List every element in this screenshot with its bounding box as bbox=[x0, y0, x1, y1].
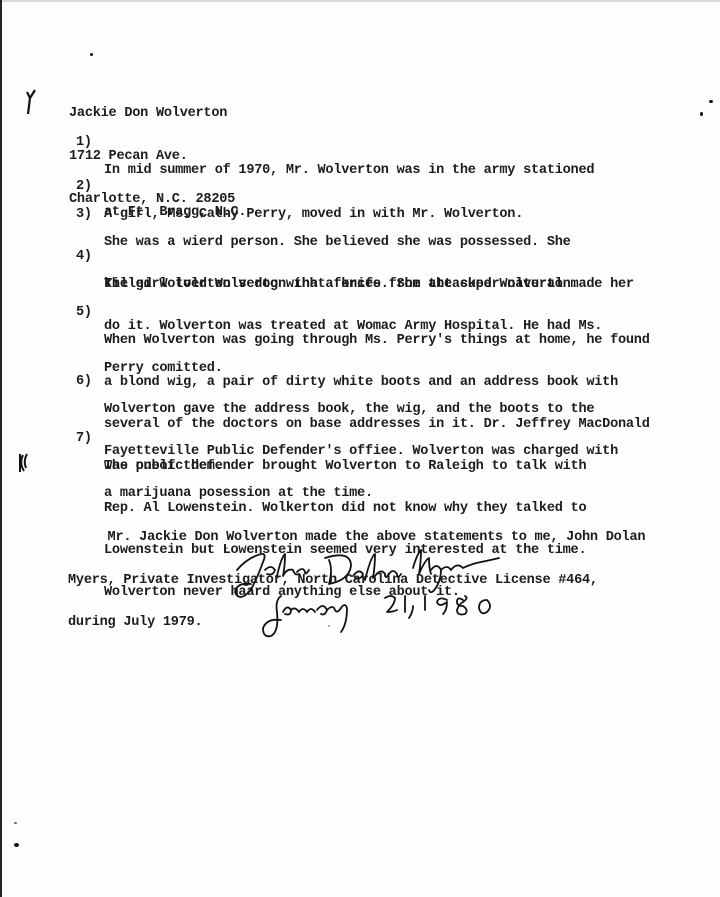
scan-speck bbox=[14, 843, 19, 847]
statement-item-6: 6) Wolverton gave the address book, the … bbox=[76, 375, 92, 417]
statement-item-3: 3) She was a wierd person. She believed … bbox=[76, 208, 92, 250]
margin-mark-top bbox=[24, 88, 34, 114]
item-number: 7) bbox=[76, 432, 92, 446]
statement-item-5: 5) When Wolverton was going through Ms. … bbox=[76, 306, 92, 348]
scan-speck bbox=[709, 100, 713, 103]
margin-mark-middle bbox=[17, 452, 31, 474]
item-line: She was a wierd person. She believed she… bbox=[104, 236, 578, 250]
item-line: In mid summer of 1970, Mr. Wolverton was… bbox=[104, 164, 594, 178]
item-line: The girl told Wolverton that forces from… bbox=[104, 278, 634, 292]
item-number: 1) bbox=[76, 136, 92, 150]
address-name: Jackie Don Wolverton bbox=[69, 107, 235, 122]
scan-left-edge bbox=[0, 0, 2, 897]
statement-item-7: 7) The public defender brought Wolverton… bbox=[76, 432, 92, 474]
item-number: 3) bbox=[76, 208, 92, 222]
item-line: The public defender brought Wolverton to… bbox=[104, 460, 586, 474]
scan-speck bbox=[90, 53, 93, 56]
item-number: 5) bbox=[76, 306, 92, 320]
item-number: 4) bbox=[76, 250, 92, 264]
item-line: Wolverton gave the address book, the wig… bbox=[104, 403, 618, 417]
item-line: When Wolverton was going through Ms. Per… bbox=[104, 334, 650, 348]
handwritten-signature: John Dolan Myers January 21, 1980 bbox=[225, 540, 525, 640]
statement-item-1: 1) In mid summer of 1970, Mr. Wolverton … bbox=[76, 136, 92, 178]
item-number: 6) bbox=[76, 375, 92, 389]
scan-top-edge bbox=[0, 0, 720, 2]
statement-item-4: 4) The girl told Wolverton that forces f… bbox=[76, 250, 92, 292]
scan-speck bbox=[14, 822, 17, 824]
item-number: 2) bbox=[76, 180, 92, 194]
scan-speck bbox=[700, 112, 703, 116]
